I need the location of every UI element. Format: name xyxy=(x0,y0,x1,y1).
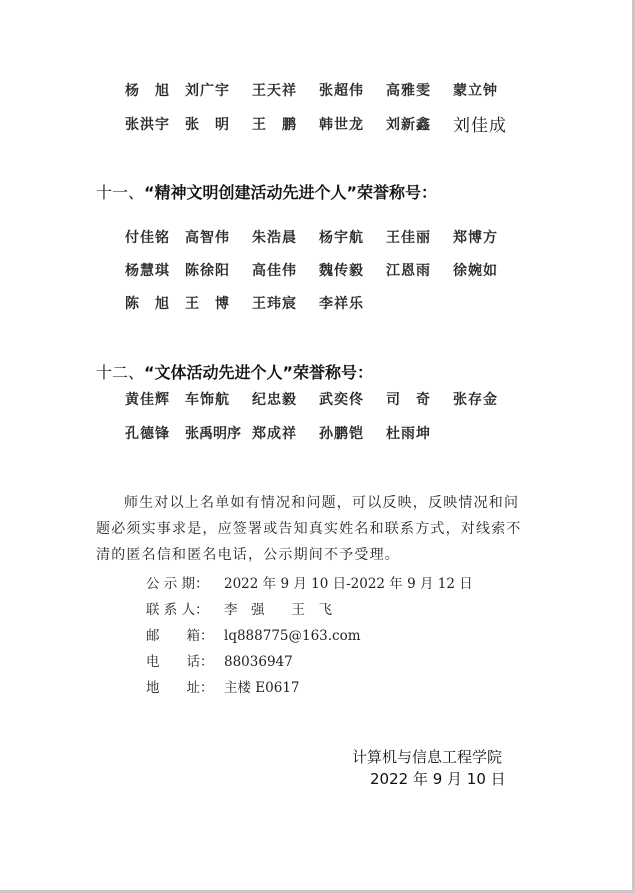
person-name: 张禹明序 xyxy=(185,423,241,443)
person-name: 徐婉如 xyxy=(453,260,498,280)
person-name: 郑博方 xyxy=(453,227,498,247)
person-name: 王佳丽 xyxy=(386,227,431,247)
period-label: 公 示 期： xyxy=(146,572,224,592)
section-number: 十一、 xyxy=(96,183,144,202)
person-name: 郑成祥 xyxy=(252,423,297,443)
section-number: 十二、 xyxy=(96,363,144,382)
person-name: 陈 旭 xyxy=(125,293,170,313)
person-name: 魏传毅 xyxy=(319,260,364,280)
person-name: 王 博 xyxy=(185,293,230,313)
section-title: “精神文明创建活动先进个人”荣誉称号： xyxy=(144,183,437,202)
address: 地 址：主楼 E0617 xyxy=(146,676,300,698)
contact-label: 联 系 人： xyxy=(146,598,224,618)
person-name: 陈徐阳 xyxy=(185,260,230,280)
person-name: 黄佳辉 xyxy=(125,389,170,409)
person-name: 朱浩晨 xyxy=(252,227,297,247)
signature-date: 2022 年 9 月 10 日 xyxy=(370,768,506,789)
person-name: 刘新鑫 xyxy=(386,114,431,134)
address-label: 地 址： xyxy=(146,676,224,696)
notice-text: 师生对以上名单如有情况和问题，可以反映，反映情况和问 xyxy=(124,495,519,511)
notice-line: 师生对以上名单如有情况和问题，可以反映，反映情况和问 xyxy=(96,490,542,516)
contact-value: 李 强 王 飞 xyxy=(224,598,332,618)
person-name: 江恩雨 xyxy=(386,260,431,280)
person-name: 刘广宇 xyxy=(185,80,230,100)
person-name: 司 奇 xyxy=(386,389,431,409)
person-name: 杜雨坤 xyxy=(386,423,431,443)
person-name: 蒙立钟 xyxy=(453,80,498,100)
period-value: 2022 年 9 月 10 日-2022 年 9 月 12 日 xyxy=(224,572,473,592)
person-name: 高智伟 xyxy=(185,227,230,247)
person-name: 车饰航 xyxy=(185,389,230,409)
email: 邮 箱：lq888775@163.com xyxy=(146,624,361,646)
person-name: 张存金 xyxy=(453,389,498,409)
person-name: 王玮宸 xyxy=(252,293,297,313)
address-value: 主楼 E0617 xyxy=(224,676,300,696)
person-name: 武奕佟 xyxy=(319,389,364,409)
notice-paragraph: 师生对以上名单如有情况和问题，可以反映，反映情况和问 题必须实事求是，应签署或告… xyxy=(96,490,542,568)
email-label: 邮 箱： xyxy=(146,624,224,644)
section-title: “文体活动先进个人”荣誉称号： xyxy=(144,363,373,382)
person-name: 王天祥 xyxy=(252,80,297,100)
section-12-heading: 十二、“文体活动先进个人”荣誉称号： xyxy=(96,360,373,383)
person-name: 张 明 xyxy=(185,114,230,134)
phone-label: 电 话： xyxy=(146,650,224,670)
person-name: 刘佳成 xyxy=(453,111,507,136)
person-name: 李祥乐 xyxy=(319,293,364,313)
person-name: 张超伟 xyxy=(319,80,364,100)
person-name: 高雅雯 xyxy=(386,80,431,100)
person-name: 杨 旭 xyxy=(125,80,170,100)
phone: 电 话：88036947 xyxy=(146,650,293,672)
phone-value: 88036947 xyxy=(224,654,293,670)
person-name: 付佳铭 xyxy=(125,227,170,247)
email-value: lq888775@163.com xyxy=(224,628,361,644)
person-name: 韩世龙 xyxy=(319,114,364,134)
person-name: 纪忠毅 xyxy=(252,389,297,409)
section-11-heading: 十一、“精神文明创建活动先进个人”荣誉称号： xyxy=(96,180,437,203)
person-name: 高佳伟 xyxy=(252,260,297,280)
contact-person: 联 系 人：李 强 王 飞 xyxy=(146,598,332,620)
notice-line: 题必须实事求是，应签署或告知真实姓名和联系方式，对线索不 xyxy=(96,516,542,542)
person-name: 孙鹏铠 xyxy=(319,423,364,443)
person-name: 孔德锋 xyxy=(125,423,170,443)
notice-line: 清的匿名信和匿名电话，公示期间不予受理。 xyxy=(96,542,542,568)
person-name: 王 鹏 xyxy=(252,114,297,134)
signature-org: 计算机与信息工程学院 xyxy=(352,746,502,767)
person-name: 杨宇航 xyxy=(319,227,364,247)
person-name: 张洪宇 xyxy=(125,114,170,134)
person-name: 杨慧琪 xyxy=(125,260,170,280)
publicity-period: 公 示 期：2022 年 9 月 10 日-2022 年 9 月 12 日 xyxy=(146,572,473,594)
document-page: 杨 旭 刘广宇 王天祥 张超伟 高雅雯 蒙立钟 张洪宇 张 明 王 鹏 韩世龙 … xyxy=(0,0,635,893)
